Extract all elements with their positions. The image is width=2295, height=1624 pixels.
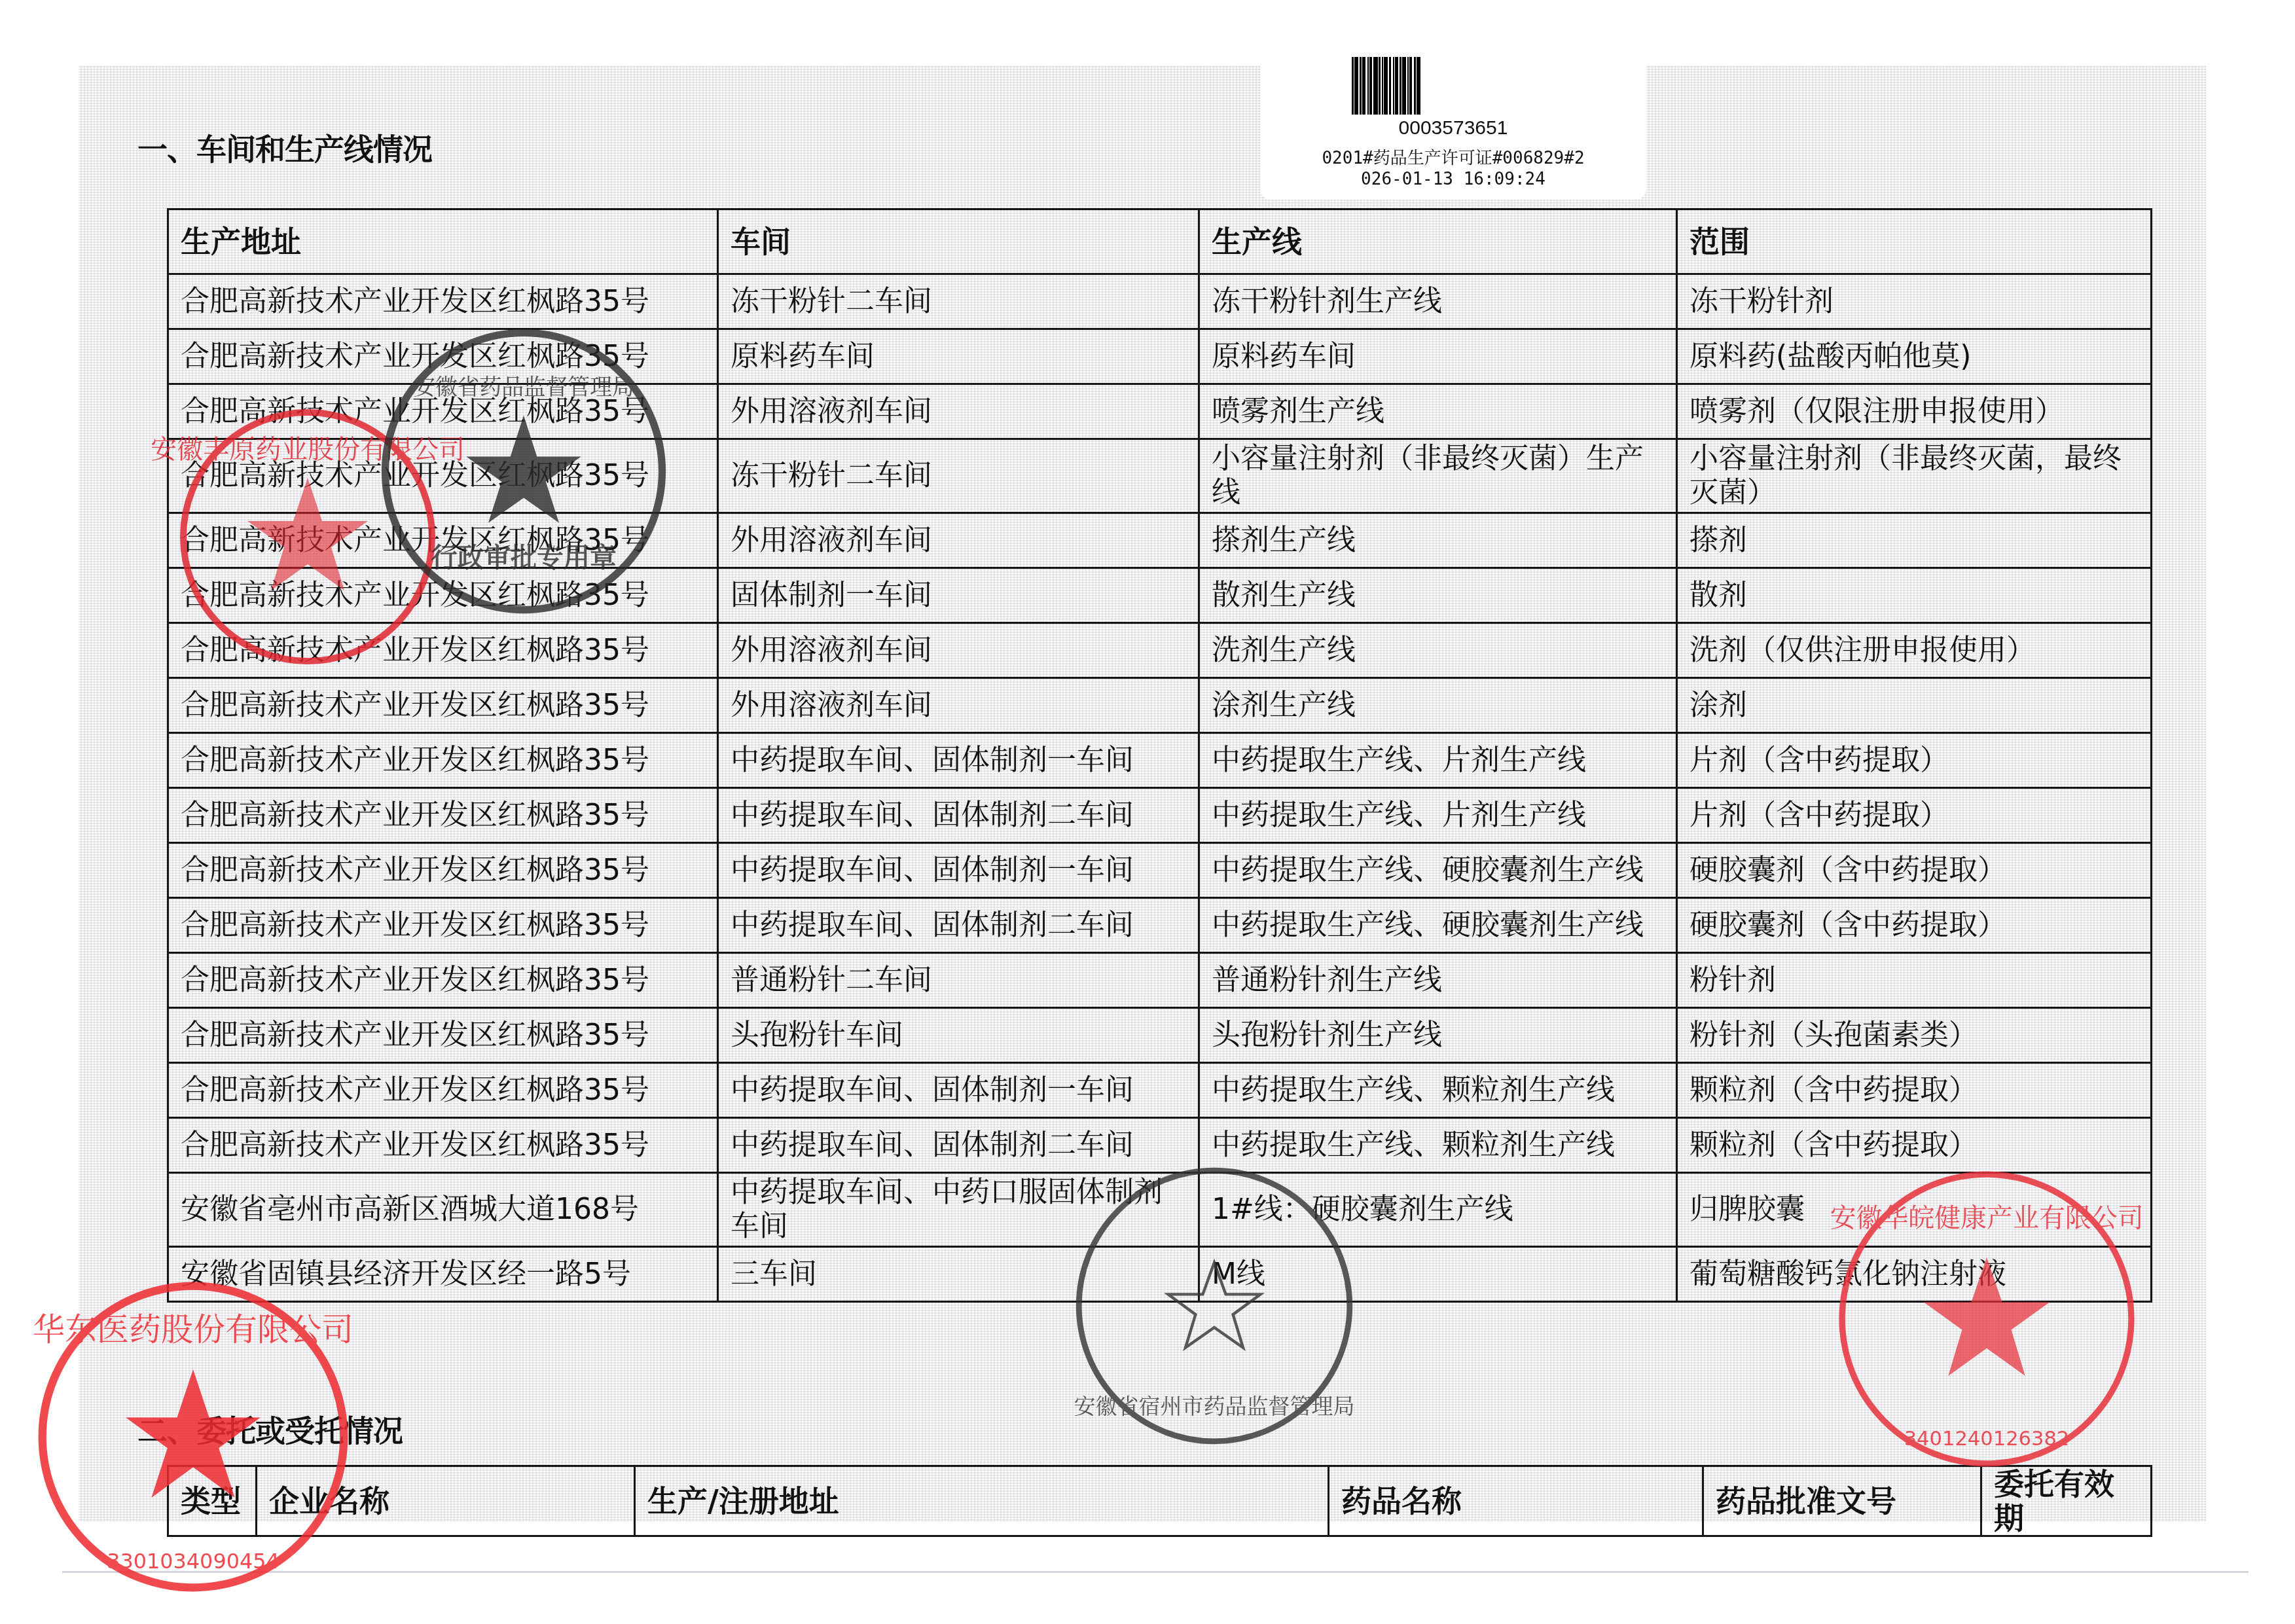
cell-line: 原料药车间	[1199, 329, 1677, 384]
cell-workshop: 中药提取车间、固体制剂一车间	[718, 1063, 1199, 1118]
table-row: 合肥高新技术产业开发区红枫路35号头孢粉针车间头孢粉针剂生产线粉针剂（头孢菌素类…	[168, 1008, 2152, 1063]
header-type: 类型	[168, 1466, 257, 1536]
cell-workshop: 中药提取车间、固体制剂二车间	[718, 898, 1199, 953]
cell-address: 合肥高新技术产业开发区红枫路35号	[168, 1063, 718, 1118]
cell-scope: 散剂	[1677, 568, 2152, 623]
cell-workshop: 冻干粉针二车间	[718, 274, 1199, 329]
cell-address: 合肥高新技术产业开发区红枫路35号	[168, 274, 718, 329]
cell-line: 喷雾剂生产线	[1199, 384, 1677, 439]
cell-line: 中药提取生产线、颗粒剂生产线	[1199, 1063, 1677, 1118]
table-row: 安徽省亳州市高新区酒城大道168号中药提取车间、中药口服固体制剂车间1#线：硬胶…	[168, 1173, 2152, 1247]
cell-address: 合肥高新技术产业开发区红枫路35号	[168, 898, 718, 953]
cell-address: 合肥高新技术产业开发区红枫路35号	[168, 1008, 718, 1063]
cell-address: 合肥高新技术产业开发区红枫路35号	[168, 623, 718, 678]
cell-line: 散剂生产线	[1199, 568, 1677, 623]
cell-workshop: 固体制剂一车间	[718, 568, 1199, 623]
cell-line: 中药提取生产线、颗粒剂生产线	[1199, 1118, 1677, 1173]
header-address: 生产地址	[168, 209, 718, 274]
cell-line: 中药提取生产线、片剂生产线	[1199, 733, 1677, 788]
cell-workshop: 原料药车间	[718, 329, 1199, 384]
cell-scope: 颗粒剂（含中药提取）	[1677, 1118, 2152, 1173]
cell-scope: 搽剂	[1677, 513, 2152, 568]
cell-scope: 归脾胶囊	[1677, 1173, 2152, 1247]
cell-scope: 洗剂（仅供注册申报使用）	[1677, 623, 2152, 678]
cell-line: 头孢粉针剂生产线	[1199, 1008, 1677, 1063]
table-row: 合肥高新技术产业开发区红枫路35号原料药车间原料药车间原料药(盐酸丙帕他莫)	[168, 329, 2152, 384]
cell-workshop: 外用溶液剂车间	[718, 384, 1199, 439]
cell-scope: 粉针剂（头孢菌素类）	[1677, 1008, 2152, 1063]
cell-line: 洗剂生产线	[1199, 623, 1677, 678]
cell-address: 合肥高新技术产业开发区红枫路35号	[168, 788, 718, 843]
cell-workshop: 中药提取车间、固体制剂二车间	[718, 788, 1199, 843]
barcode-label: 0003573651 0201#药品生产许可证#006829#2 026-01-…	[1260, 49, 1646, 200]
barcode-number: 0003573651	[1260, 117, 1646, 139]
cell-scope: 片剂（含中药提取）	[1677, 733, 2152, 788]
cell-line: 搽剂生产线	[1199, 513, 1677, 568]
cell-address: 合肥高新技术产业开发区红枫路35号	[168, 439, 718, 513]
cell-scope: 片剂（含中药提取）	[1677, 788, 2152, 843]
cell-workshop: 外用溶液剂车间	[718, 623, 1199, 678]
cell-address: 合肥高新技术产业开发区红枫路35号	[168, 733, 718, 788]
cell-scope: 葡萄糖酸钙氯化钠注射液	[1677, 1247, 2152, 1302]
entrust-table: 类型 企业名称 生产/注册地址 药品名称 药品批准文号 委托有效期	[167, 1465, 2152, 1537]
header-validity: 委托有效期	[1981, 1466, 2152, 1536]
cell-workshop: 头孢粉针车间	[718, 1008, 1199, 1063]
table-row: 合肥高新技术产业开发区红枫路35号中药提取车间、固体制剂一车间中药提取生产线、颗…	[168, 1063, 2152, 1118]
table-row: 合肥高新技术产业开发区红枫路35号冻干粉针二车间小容量注射剂（非最终灭菌）生产线…	[168, 439, 2152, 513]
cell-workshop: 普通粉针二车间	[718, 953, 1199, 1008]
cell-scope: 粉针剂	[1677, 953, 2152, 1008]
cell-workshop: 中药提取车间、固体制剂一车间	[718, 733, 1199, 788]
cell-line: 冻干粉针剂生产线	[1199, 274, 1677, 329]
header-reg-address: 生产/注册地址	[635, 1466, 1329, 1536]
cell-address: 安徽省亳州市高新区酒城大道168号	[168, 1173, 718, 1247]
barcode-icon	[1352, 57, 1555, 115]
cell-scope: 硬胶囊剂（含中药提取）	[1677, 898, 2152, 953]
cell-scope: 硬胶囊剂（含中药提取）	[1677, 843, 2152, 898]
scan-artifact-line	[62, 1571, 2249, 1573]
table-row: 合肥高新技术产业开发区红枫路35号中药提取车间、固体制剂二车间中药提取生产线、硬…	[168, 898, 2152, 953]
cell-address: 合肥高新技术产业开发区红枫路35号	[168, 329, 718, 384]
cell-scope: 涂剂	[1677, 678, 2152, 733]
cell-workshop: 三车间	[718, 1247, 1199, 1302]
cell-line: 中药提取生产线、硬胶囊剂生产线	[1199, 898, 1677, 953]
cell-address: 安徽省固镇县经济开发区经一路5号	[168, 1247, 718, 1302]
cell-scope: 喷雾剂（仅限注册申报使用）	[1677, 384, 2152, 439]
table-row: 合肥高新技术产业开发区红枫路35号外用溶液剂车间涂剂生产线涂剂	[168, 678, 2152, 733]
label-timestamp: 026-01-13 16:09:24	[1260, 170, 1646, 189]
header-approval-no: 药品批准文号	[1703, 1466, 1981, 1536]
table-row: 安徽省固镇县经济开发区经一路5号三车间M线葡萄糖酸钙氯化钠注射液	[168, 1247, 2152, 1302]
cell-workshop: 外用溶液剂车间	[718, 513, 1199, 568]
cell-line: M线	[1199, 1247, 1677, 1302]
license-info: 0201#药品生产许可证#006829#2	[1260, 145, 1646, 169]
header-scope: 范围	[1677, 209, 2152, 274]
table-row: 合肥高新技术产业开发区红枫路35号外用溶液剂车间搽剂生产线搽剂	[168, 513, 2152, 568]
cell-line: 中药提取生产线、硬胶囊剂生产线	[1199, 843, 1677, 898]
table-row: 合肥高新技术产业开发区红枫路35号中药提取车间、固体制剂一车间中药提取生产线、片…	[168, 733, 2152, 788]
cell-scope: 原料药(盐酸丙帕他莫)	[1677, 329, 2152, 384]
table-header: 类型 企业名称 生产/注册地址 药品名称 药品批准文号 委托有效期	[168, 1466, 2152, 1536]
cell-line: 中药提取生产线、片剂生产线	[1199, 788, 1677, 843]
cell-workshop: 中药提取车间、固体制剂一车间	[718, 843, 1199, 898]
cell-address: 合肥高新技术产业开发区红枫路35号	[168, 678, 718, 733]
section2-title: 二、委托或受托情况	[137, 1407, 403, 1451]
cell-line: 涂剂生产线	[1199, 678, 1677, 733]
table-row: 合肥高新技术产业开发区红枫路35号冻干粉针二车间冻干粉针剂生产线冻干粉针剂	[168, 274, 2152, 329]
section1-title: 一、车间和生产线情况	[137, 126, 432, 169]
cell-address: 合肥高新技术产业开发区红枫路35号	[168, 513, 718, 568]
header-workshop: 车间	[718, 209, 1199, 274]
cell-line: 1#线：硬胶囊剂生产线	[1199, 1173, 1677, 1247]
cell-workshop: 外用溶液剂车间	[718, 678, 1199, 733]
header-company: 企业名称	[257, 1466, 635, 1536]
cell-scope: 颗粒剂（含中药提取）	[1677, 1063, 2152, 1118]
svg-text:3301034090454: 3301034090454	[107, 1549, 279, 1574]
cell-address: 合肥高新技术产业开发区红枫路35号	[168, 953, 718, 1008]
table-row: 合肥高新技术产业开发区红枫路35号固体制剂一车间散剂生产线散剂	[168, 568, 2152, 623]
cell-scope: 小容量注射剂（非最终灭菌，最终灭菌）	[1677, 439, 2152, 513]
table-header: 生产地址 车间 生产线 范围	[168, 209, 2152, 274]
cell-address: 合肥高新技术产业开发区红枫路35号	[168, 384, 718, 439]
table-row: 合肥高新技术产业开发区红枫路35号中药提取车间、固体制剂二车间中药提取生产线、片…	[168, 788, 2152, 843]
table-row: 合肥高新技术产业开发区红枫路35号外用溶液剂车间喷雾剂生产线喷雾剂（仅限注册申报…	[168, 384, 2152, 439]
cell-scope: 冻干粉针剂	[1677, 274, 2152, 329]
table-row: 合肥高新技术产业开发区红枫路35号中药提取车间、固体制剂二车间中药提取生产线、颗…	[168, 1118, 2152, 1173]
header-drug-name: 药品名称	[1329, 1466, 1703, 1536]
header-line: 生产线	[1199, 209, 1677, 274]
table-row: 合肥高新技术产业开发区红枫路35号普通粉针二车间普通粉针剂生产线粉针剂	[168, 953, 2152, 1008]
table-row: 合肥高新技术产业开发区红枫路35号中药提取车间、固体制剂一车间中药提取生产线、硬…	[168, 843, 2152, 898]
cell-address: 合肥高新技术产业开发区红枫路35号	[168, 843, 718, 898]
cell-address: 合肥高新技术产业开发区红枫路35号	[168, 568, 718, 623]
cell-workshop: 冻干粉针二车间	[718, 439, 1199, 513]
table-row: 合肥高新技术产业开发区红枫路35号外用溶液剂车间洗剂生产线洗剂（仅供注册申报使用…	[168, 623, 2152, 678]
workshop-table: 生产地址 车间 生产线 范围 合肥高新技术产业开发区红枫路35号冻干粉针二车间冻…	[167, 208, 2152, 1303]
cell-line: 普通粉针剂生产线	[1199, 953, 1677, 1008]
cell-workshop: 中药提取车间、中药口服固体制剂车间	[718, 1173, 1199, 1247]
cell-line: 小容量注射剂（非最终灭菌）生产线	[1199, 439, 1677, 513]
cell-address: 合肥高新技术产业开发区红枫路35号	[168, 1118, 718, 1173]
cell-workshop: 中药提取车间、固体制剂二车间	[718, 1118, 1199, 1173]
